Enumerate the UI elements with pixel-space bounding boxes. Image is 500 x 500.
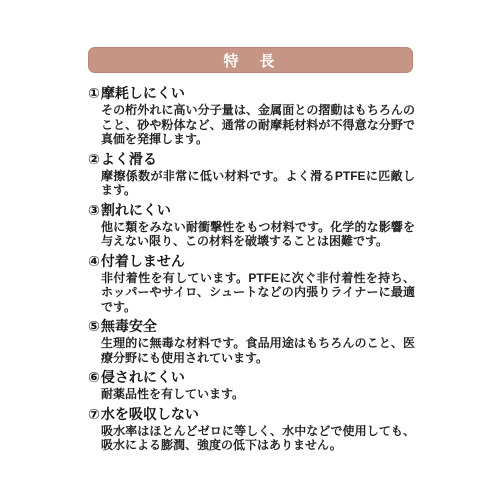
feature-number: ①: [88, 85, 100, 101]
feature-list: ①摩耗しにくい その桁外れに高い分子量は、金属面との摺動はもちろんのこと、砂や粉…: [88, 83, 415, 455]
feature-number: ③: [88, 202, 100, 218]
feature-number: ④: [88, 253, 100, 269]
feature-item: ①摩耗しにくい その桁外れに高い分子量は、金属面との摺動はもちろんのこと、砂や粉…: [88, 83, 415, 147]
feature-number: ②: [88, 151, 100, 167]
feature-description: 摩擦係数が非常に低い材料です。よく滑るPTFEに匹敵します。: [88, 169, 415, 198]
feature-title: 無毒安全: [101, 318, 157, 334]
document-page: 特 長 ①摩耗しにくい その桁外れに高い分子量は、金属面との摺動はもちろんのこと…: [0, 0, 500, 500]
feature-item: ⑥侵されにくい 耐薬品性を有しています。: [88, 367, 415, 402]
feature-item: ④付着しません 非付着性を有しています。PTFEに次ぐ非付着性を持ち、ホッパーや…: [88, 251, 415, 315]
feature-number: ⑦: [88, 406, 100, 422]
feature-title: 付着しません: [101, 253, 185, 269]
feature-heading: ④付着しません: [88, 251, 415, 271]
feature-description: 吸水率はほとんどゼロに等しく、水中などで使用しても、吸水による膨潤、強度の低下は…: [88, 424, 415, 453]
feature-title: 割れにくい: [101, 202, 171, 218]
feature-number: ⑤: [88, 318, 100, 334]
feature-item: ②よく滑る 摩擦係数が非常に低い材料です。よく滑るPTFEに匹敵します。: [88, 149, 415, 198]
feature-heading: ⑦水を吸収しない: [88, 404, 415, 424]
feature-title: よく滑る: [101, 151, 157, 167]
feature-title: 水を吸収しない: [101, 406, 199, 422]
section-title: 特 長: [223, 50, 277, 71]
feature-heading: ③割れにくい: [88, 200, 415, 220]
feature-heading: ①摩耗しにくい: [88, 83, 415, 103]
feature-description: その桁外れに高い分子量は、金属面との摺動はもちろんのこと、砂や粉体など、通常の耐…: [88, 103, 415, 147]
feature-title: 摩耗しにくい: [101, 85, 185, 101]
feature-description: 耐薬品性を有しています。: [88, 387, 415, 402]
feature-item: ③割れにくい 他に類をみない耐衝撃性をもつ材料です。化学的な影響を与えない限り、…: [88, 200, 415, 249]
feature-heading: ②よく滑る: [88, 149, 415, 169]
feature-description: 他に類をみない耐衝撃性をもつ材料です。化学的な影響を与えない限り、この材料を破壊…: [88, 220, 415, 249]
feature-heading: ⑥侵されにくい: [88, 367, 415, 387]
feature-description: 生理的に無毒な材料です。食品用途はもちろんのこと、医療分野にも使用されています。: [88, 336, 415, 365]
feature-number: ⑥: [88, 369, 100, 385]
section-header-bar: 特 長: [88, 47, 413, 73]
feature-item: ⑦水を吸収しない 吸水率はほとんどゼロに等しく、水中などで使用しても、吸水による…: [88, 404, 415, 453]
feature-item: ⑤無毒安全 生理的に無毒な材料です。食品用途はもちろんのこと、医療分野にも使用さ…: [88, 316, 415, 365]
feature-title: 侵されにくい: [101, 369, 185, 385]
feature-heading: ⑤無毒安全: [88, 316, 415, 336]
feature-description: 非付着性を有しています。PTFEに次ぐ非付着性を持ち、ホッパーやサイロ、シュート…: [88, 271, 415, 315]
